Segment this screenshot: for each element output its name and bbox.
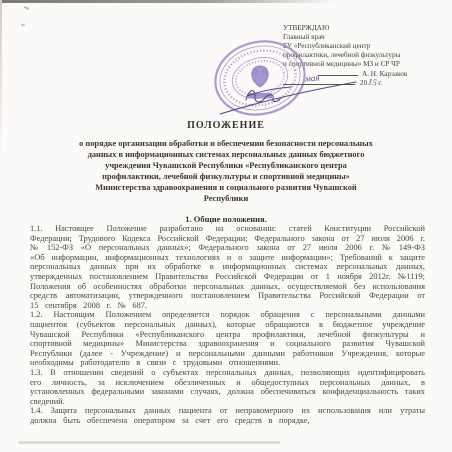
paragraph-1-1: 1.1. Настоящее Положение разработано на … [30,224,425,310]
approval-line: Главный врач [283,33,448,42]
handwritten-month: мая [305,73,320,84]
signature-line [318,68,358,76]
approval-block: УТВЕРЖДАЮ Главный врач БУ «Республиканск… [283,24,448,69]
year-prefix: 20 [360,79,367,87]
date-line: мая [283,77,355,85]
paragraph-1-3: 1.3. В отношении сведений о субъектах пе… [30,368,425,406]
document-title: ПОЛОЖЕНИЕ [0,120,452,131]
scan-streak [18,441,280,444]
paragraph-1-2: 1.2. Настоящим Положением определяется п… [30,310,425,368]
scan-edge-artifact [2,0,337,3]
scanned-document-page: УТВЕРЖДАЮ Главный врач БУ «Республиканск… [0,0,452,452]
section-heading: 1. Общие положения. [0,214,452,224]
date-row: мая2015г. [283,77,448,87]
document-subtitle: о порядке организации обработки и обеспе… [28,138,424,204]
approval-line: УТВЕРЖДАЮ [283,24,448,33]
approval-line: профилактики, лечебной физкультуры [283,51,448,60]
year-suffix: г. [378,79,382,87]
approval-line: БУ «Республиканский центр [283,42,448,51]
paragraph-1-4: 1.4. Защита персональных данных пациента… [30,406,425,425]
scan-smudge [21,24,25,27]
document-body: 1.1. Настоящее Положение разработано на … [30,224,425,425]
scan-smudge [24,6,29,10]
scan-edge-artifact [0,0,2,160]
handwritten-year: 15 [368,76,378,87]
